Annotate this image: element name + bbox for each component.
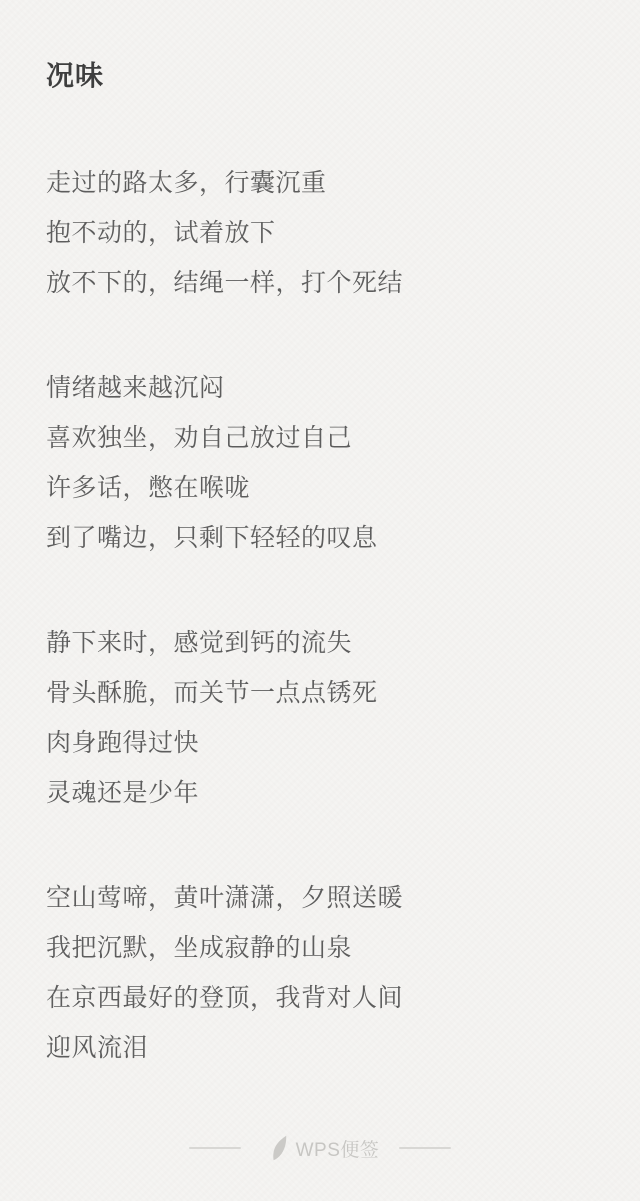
- footer-watermark: WPS便签: [46, 1133, 594, 1163]
- poem-line: 到了嘴边，只剩下轻轻的叹息: [46, 513, 594, 563]
- poem-line: 抱不动的，试着放下: [46, 208, 594, 258]
- poem-line: 空山莺啼，黄叶潇潇，夕照送暖: [46, 873, 594, 923]
- poem-line: 骨头酥脆，而关节一点点锈死: [46, 668, 594, 718]
- stanza-1: 走过的路太多，行囊沉重 抱不动的，试着放下 放不下的，结绳一样，打个死结: [46, 158, 594, 308]
- poem-line: 放不下的，结绳一样，打个死结: [46, 258, 594, 308]
- footer-divider-right: [399, 1147, 451, 1149]
- poem-line: 灵魂还是少年: [46, 768, 594, 818]
- footer-divider-left: [189, 1147, 241, 1149]
- poem-line: 情绪越来越沉闷: [46, 363, 594, 413]
- poem-line: 我把沉默，坐成寂静的山泉: [46, 923, 594, 973]
- note-title: 况味: [46, 58, 594, 94]
- poem-line: 迎风流泪: [46, 1023, 594, 1073]
- poem-line: 静下来时，感觉到钙的流失: [46, 618, 594, 668]
- stanza-2: 情绪越来越沉闷 喜欢独坐，劝自己放过自己 许多话，憋在喉咙 到了嘴边，只剩下轻轻…: [46, 363, 594, 563]
- poem-line: 走过的路太多，行囊沉重: [46, 158, 594, 208]
- poem-line: 肉身跑得过快: [46, 718, 594, 768]
- leaf-icon: [269, 1135, 289, 1161]
- poem-line: 在京西最好的登顶，我背对人间: [46, 973, 594, 1023]
- poem-line: 许多话，憋在喉咙: [46, 463, 594, 513]
- poem-line: 喜欢独坐，劝自己放过自己: [46, 413, 594, 463]
- footer-brand: WPS便签: [296, 1135, 380, 1162]
- note-card: 况味 走过的路太多，行囊沉重 抱不动的，试着放下 放不下的，结绳一样，打个死结 …: [0, 0, 640, 1163]
- stanza-3: 静下来时，感觉到钙的流失 骨头酥脆，而关节一点点锈死 肉身跑得过快 灵魂还是少年: [46, 618, 594, 818]
- stanza-4: 空山莺啼，黄叶潇潇，夕照送暖 我把沉默，坐成寂静的山泉 在京西最好的登顶，我背对…: [46, 873, 594, 1073]
